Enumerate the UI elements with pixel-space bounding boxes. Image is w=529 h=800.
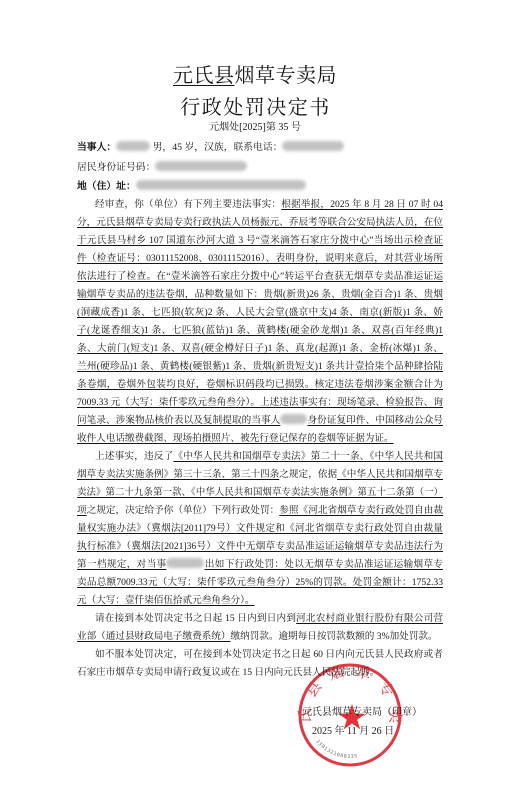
body-line: 卖品总额7009.33元（大写：柒仟零玖元叁角叁分）25%的罚款。处罚金额计：1… xyxy=(77,574,443,592)
redacted-text xyxy=(116,141,150,151)
body-line: 条卷烟，卷烟外包装均良好，卷烟标识码段均已损毁。核定违法卷烟涉案金额合计为 xyxy=(77,376,443,394)
document-number: 元烟处[2025]第 35 号 xyxy=(0,121,510,135)
body-line: 业部（通过县财政局电子缴费系统）缴纳罚款。逾期每日按罚款数额的 3%加处罚款。 xyxy=(77,628,443,646)
underlined-text: 依法进行了检查。在“壹米滴答石家庄分拨中心”转运平台查获无烟草专卖品准运证运 xyxy=(77,271,443,282)
underlined-text: 项 xyxy=(77,505,87,516)
redacted-text xyxy=(155,161,247,171)
issuing-authority-title: 元氏县烟草专卖局 xyxy=(0,63,510,89)
body-line: 收件人电话缴费截图、现场拍摄照片、被先行登记保存的卷烟等证据为证。 xyxy=(77,430,443,448)
body-line: 问笔录、涉案物品核价表以及复制提取的当事人身份证复印件、中国移动公众号 xyxy=(77,412,443,430)
text-segment: 石家庄市烟草专卖局申请行政复议或在 15 日内向元氏县人民法院起诉。 xyxy=(77,667,379,678)
body-line: 件（检查证号：03011152008、03011152016）、表明身份，说明来… xyxy=(77,250,443,268)
body-line: 如不服本处罚决定，可在接到本处罚决定书之日起 60 日内向元氏县人民政府或者 xyxy=(77,646,443,664)
underlined-text: 子(龙诞香细支)1 条、七匹狼(蓝钻)1 条、黄鹤楼(硬金砂龙烟)1 条、双喜(… xyxy=(77,325,443,336)
body-line: 执行标准》（冀烟法[2021]36号）文件中无烟草专卖品准运证运输烟草专卖品违法… xyxy=(77,538,443,556)
seal-serial-number: 1301321000335 xyxy=(314,739,358,760)
underlined-text: 执行标准》（冀烟法[2021]36号）文件中无烟草专卖品准运证运输烟草专卖品违法… xyxy=(77,541,443,552)
underlined-text: 参照《河北省烟草专卖行政处罚自由裁 xyxy=(279,505,443,516)
underlined-text: 卖法》第二十九条第一款、《中华人民共和国烟草专卖法实施条例》第五十二条第（一） xyxy=(77,488,443,498)
underlined-text: 量权实施办法》（冀烟法[2011]79号）文件规定和《河北省烟草专卖行政处罚自由… xyxy=(77,523,443,534)
redacted-text xyxy=(166,558,204,568)
underlined-text: 根据举报，2025 年 8 月 28 日 07 时 04 xyxy=(281,199,443,210)
underlined-text: 7009.33 元（大写：柒仟零玖元叁角叁分）。上述违法事实有：现场笔录、检验报… xyxy=(77,397,443,408)
redacted-text xyxy=(136,180,306,190)
field-label: 当事人： xyxy=(77,142,116,153)
underlined-text: 兰州(硬珍品)1 条、黄鹤楼(硬银紫)1 条、贵烟(新贵短支)1 条共计壹拾柒个… xyxy=(77,361,443,372)
text-segment: 经审查，你（单位）有下列主要违法事实： xyxy=(95,199,281,210)
text-segment: 之规定，依据 xyxy=(279,469,337,480)
body-line: 量权实施办法》（冀烟法[2011]79号）文件规定和《河北省烟草专卖行政处罚自由… xyxy=(77,520,443,538)
body-line: 元（大写：壹仟柒佰伍拾贰元叁角叁分）。 xyxy=(77,592,443,610)
underlined-text: 出如下行政处罚：处以无烟草专卖品准运证运输烟草专 xyxy=(204,559,443,570)
party-info: 当事人： 男，45 岁，汉族，联系电话：居民身份证号码：地（住）址： xyxy=(77,138,443,197)
underlined-text: 河北农村商业银行股份有限公司营 xyxy=(296,613,443,624)
body-line: 兰州(硬珍品)1 条、黄鹤楼(硬银紫)1 条、贵烟(新贵短支)1 条共计壹拾柒个… xyxy=(77,358,443,376)
underlined-text: 件（检查证号：03011152008、03011152016）、表明身份，说明来… xyxy=(77,253,443,264)
issue-date: 2025 年 11 月 26 日 xyxy=(312,723,394,741)
body-line: (洞藏成香)1 条、七匹狼(软灰)2 条、人民大会堂(盛京中支)4 条、南京(新… xyxy=(77,304,443,322)
underlined-text: 《中华人民共和国烟草专 xyxy=(337,469,443,480)
party-field-line: 居民身份证号码： xyxy=(77,158,443,178)
body-line: 7009.33 元（大写：柒仟零玖元叁角叁分）。上述违法事实有：现场笔录、检验报… xyxy=(77,394,443,412)
underlined-text: 于元氏县马村乡 107 国道东沙河大道 3 号“壹米滴答石家庄分拨中心”当场出示… xyxy=(77,235,443,246)
body-line: 请在接到本处罚决定书之日起 15 日内到日内到河北农村商业银行股份有限公司营 xyxy=(77,610,443,628)
body-line: 输烟草专卖品的违法卷烟，品种数量如下：贵烟(新贵)26 条、贵烟(金百合)1 条… xyxy=(77,286,443,304)
decision-body: 经审查，你（单位）有下列主要违法事实：根据举报，2025 年 8 月 28 日 … xyxy=(77,196,443,682)
party-field-line: 地（住）址： xyxy=(77,177,443,197)
text-segment: 上述事实，违反了 xyxy=(95,451,173,462)
document-title: 行政处罚决定书 xyxy=(0,95,511,121)
body-line: 卖法》第二十九条第一款、《中华人民共和国烟草专卖法实施条例》第五十二条第（一） xyxy=(77,484,443,502)
body-line: 烟草专卖法实施条例》第三十三条、第三十四条之规定，依据《中华人民共和国烟草专 xyxy=(77,466,443,484)
underlined-text: 第一档规定，对当事 xyxy=(77,559,166,570)
underlined-text: 烟草专卖法实施条例》第三十三条、第三十四条 xyxy=(77,469,279,480)
body-line: 依法进行了检查。在“壹米滴答石家庄分拨中心”转运平台查获无烟草专卖品准运证运 xyxy=(77,268,443,286)
redacted-text xyxy=(282,141,344,151)
underlined-text: 元（大写：壹仟柒佰伍拾贰元叁角叁分）。 xyxy=(77,595,254,606)
underlined-text: (洞藏成香)1 条、七匹狼(软灰)2 条、人民大会堂(盛京中支)4 条、南京(新… xyxy=(77,307,443,318)
text-segment: 居民身份证号码： xyxy=(77,162,155,173)
underlined-text: 条、大前门(短支)1 条、双喜(硬金樽好日子)1 条、真龙(起源)1 条、金桥(… xyxy=(77,343,443,354)
body-line: 石家庄市烟草专卖局申请行政复议或在 15 日内向元氏县人民法院起诉。 xyxy=(77,664,443,682)
text-segment: 如不服本处罚决定，可在接到本处罚决定书之日起 60 日内向元氏县人民政府或者 xyxy=(95,649,443,660)
underlined-text: 输烟草专卖品的违法卷烟，品种数量如下：贵烟(新贵)26 条、贵烟(金百合)1 条… xyxy=(77,289,443,300)
body-line: 条、大前门(短支)1 条、双喜(硬金樽好日子)1 条、真龙(起源)1 条、金桥(… xyxy=(77,340,443,358)
body-line: 第一档规定，对当事出如下行政处罚：处以无烟草专卖品准运证运输烟草专 xyxy=(77,556,443,574)
underlined-text: 业部（通过县财政局电子缴费系统） xyxy=(77,631,231,642)
underlined-text: 分，元氏县烟草专卖局专卖行政执法人员杨振元、乔辰考等联合公安局执法人员，在位 xyxy=(77,217,443,228)
authority-name-underlined: 元氏县 xyxy=(173,65,235,87)
party-field-line: 当事人： 男，45 岁，汉族，联系电话： xyxy=(77,138,443,158)
body-line: 分，元氏县烟草专卖局专卖行政执法人员杨振元、乔辰考等联合公安局执法人员，在位 xyxy=(77,214,443,232)
body-line: 于元氏县马村乡 107 国道东沙河大道 3 号“壹米滴答石家庄分拨中心”当场出示… xyxy=(77,232,443,250)
body-line: 子(龙诞香细支)1 条、七匹狼(蓝钻)1 条、黄鹤楼(硬金砂龙烟)1 条、双喜(… xyxy=(77,322,443,340)
underlined-text: 条卷烟，卷烟外包装均良好，卷烟标识码段均已损毁。核定违法卷烟涉案金额合计为 xyxy=(77,379,443,390)
text-segment: 之规定，决定给予你（单位）下列行政处罚： xyxy=(87,505,280,516)
body-line: 项之规定，决定给予你（单位）下列行政处罚：参照《河北省烟草专卖行政处罚自由裁 xyxy=(77,502,443,520)
text-segment: 缴纳罚款。逾期每日按罚款数额的 3%加处罚款。 xyxy=(231,631,438,642)
underlined-text: 收件人电话缴费截图、现场拍摄照片、被先行登记保存的卷烟等证据为证。 xyxy=(77,433,394,444)
underlined-text: 《中华人民共和国烟草专卖法》第二十一条、《中华人民共和国 xyxy=(173,451,443,462)
issuer-signature: 元氏县烟草专卖局（印章） xyxy=(302,704,422,722)
text-segment: 男，45 岁，汉族，联系电话： xyxy=(150,142,282,153)
body-line: 上述事实，违反了《中华人民共和国烟草专卖法》第二十一条、《中华人民共和国 xyxy=(77,448,443,466)
body-line: 经审查，你（单位）有下列主要违法事实：根据举报，2025 年 8 月 28 日 … xyxy=(77,196,443,214)
redacted-text xyxy=(280,414,307,424)
underlined-text: 卖品总额7009.33元（大写：柒仟零玖元叁角叁分）25%的罚款。处罚金额计：1… xyxy=(77,577,443,588)
text-segment: 请在接到本处罚决定书之日起 15 日内到日内到 xyxy=(95,613,296,624)
authority-name-rest: 烟草专卖局 xyxy=(235,65,338,87)
underlined-text: 问笔录、涉案物品核价表以及复制提取的当事人 xyxy=(77,415,280,426)
underlined-text: 身份证复印件、中国移动公众号 xyxy=(307,415,443,426)
field-label: 地（住）址： xyxy=(77,181,136,192)
